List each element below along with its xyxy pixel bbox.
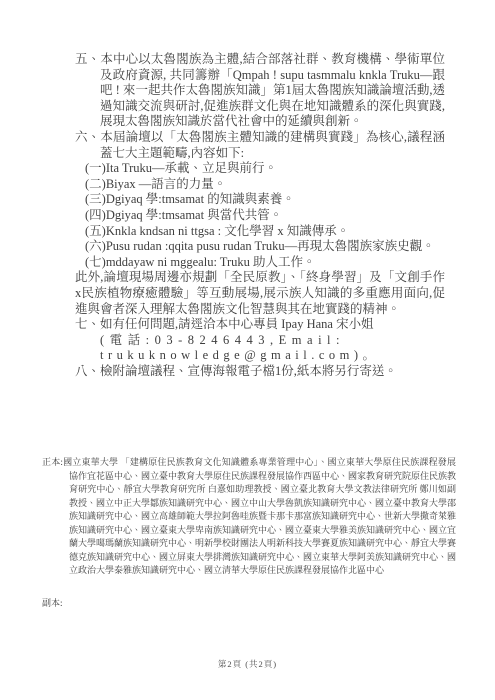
subitem-6: (六)Pusu rudan :qqita pusu rudan Truku—再現… [85,239,445,255]
subitem-5-text: Knkla kndsan ni ttgsa : 文化學習 x 知識傳承。 [106,224,349,238]
item-6-subitems: (一)Ita Truku—承載、立足與前行。 (二)Biyax —語言的力量。 … [85,161,445,270]
item-6-extra-paragraph: 此外,論壇現場周邊亦規劃「全民原教」、「終身學習」及「文創手作x民族植物療癒體驗… [75,270,445,317]
subitem-5: (五)Knkla kndsan ni ttgsa : 文化學習 x 知識傳承。 [85,224,445,240]
page-footer: 第2頁 (共2頁) [0,658,495,670]
item-6-number: 六、 [75,130,100,144]
subitem-7: (七)mddayaw ni mggealu: Truku 助人工作。 [85,255,445,271]
distribution-copy-label: 副本: [42,597,63,611]
subitem-4-number: (四) [85,208,106,222]
item-5: 五、本中心以太魯閣族為主體,結合部落社群、教育機構、學術單位及政府資源, 共同籌… [75,52,445,130]
item-7: 七、如有任何問題,請逕洽本中心專員 Ipay Hana 宋小姐(電話:03-82… [75,317,445,364]
distribution-original-label: 正本: [42,457,63,467]
item-5-number: 五、 [75,52,100,66]
item-6: 六、本屆論壇以「太魯閣族主體知識的建構與實踐」為核心,議程涵蓋七大主題範疇,內容… [75,130,445,161]
subitem-1-number: (一) [85,161,106,175]
subitem-3-number: (三) [85,192,106,206]
subitem-6-number: (六) [85,239,106,253]
subitem-2: (二)Biyax —語言的力量。 [85,177,445,193]
subitem-7-text: mddayaw ni mggealu: Truku 助人工作。 [106,255,316,269]
item-8-number: 八、 [75,364,100,378]
subitem-1-text: Ita Truku—承載、立足與前行。 [106,161,277,175]
distribution-block: 正本:國立東華大學 「建構原住民族教育文化知識體系專業管理中心」、國立東華大學原… [42,456,456,578]
subitem-2-text: Biyax —語言的力量。 [106,177,226,191]
item-7-phone-email: (電話:03-8246443,Email: [100,333,445,349]
subitem-2-number: (二) [85,177,106,191]
item-7-number: 七、 [75,317,100,331]
distribution-original-text: 國立東華大學 「建構原住民族教育文化知識體系專業管理中心」、國立東華大學原住民族… [63,457,456,575]
subitem-4: (四)Dgiyaq 學:tmsamat 與當代共管。 [85,208,445,224]
document-page: 五、本中心以太魯閣族為主體,結合部落社群、教育機構、學術單位及政府資源, 共同籌… [0,0,495,700]
subitem-4-text: Dgiyaq 學:tmsamat 與當代共管。 [106,208,282,222]
subitem-5-number: (五) [85,224,106,238]
subitem-3-text: Dgiyaq 學:tmsamat 的知識與素養。 [106,192,295,206]
item-7-text: 如有任何問題,請逕洽本中心專員 Ipay Hana 宋小姐 [100,317,374,331]
item-7-email-address: trukuknowledge@gmail.com)。 [100,348,445,364]
distribution-original: 正本:國立東華大學 「建構原住民族教育文化知識體系專業管理中心」、國立東華大學原… [42,456,456,578]
subitem-3: (三)Dgiyaq 學:tmsamat 的知識與素養。 [85,192,445,208]
subitem-7-number: (七) [85,255,106,269]
subitem-1: (一)Ita Truku—承載、立足與前行。 [85,161,445,177]
subitem-6-text: Pusu rudan :qqita pusu rudan Truku—再現太魯閣… [106,239,435,253]
item-6-intro: 本屆論壇以「太魯閣族主體知識的建構與實踐」為核心,議程涵蓋七大主題範疇,內容如下… [100,130,445,160]
document-body: 五、本中心以太魯閣族為主體,結合部落社群、教育機構、學術單位及政府資源, 共同籌… [75,52,445,379]
item-5-text: 本中心以太魯閣族為主體,結合部落社群、教育機構、學術單位及政府資源, 共同籌辦「… [100,52,445,128]
item-8: 八、檢附論壇議程、宣傳海報電子檔1份,紙本將另行寄送。 [75,364,445,380]
item-8-text: 檢附論壇議程、宣傳海報電子檔1份,紙本將另行寄送。 [100,364,397,378]
